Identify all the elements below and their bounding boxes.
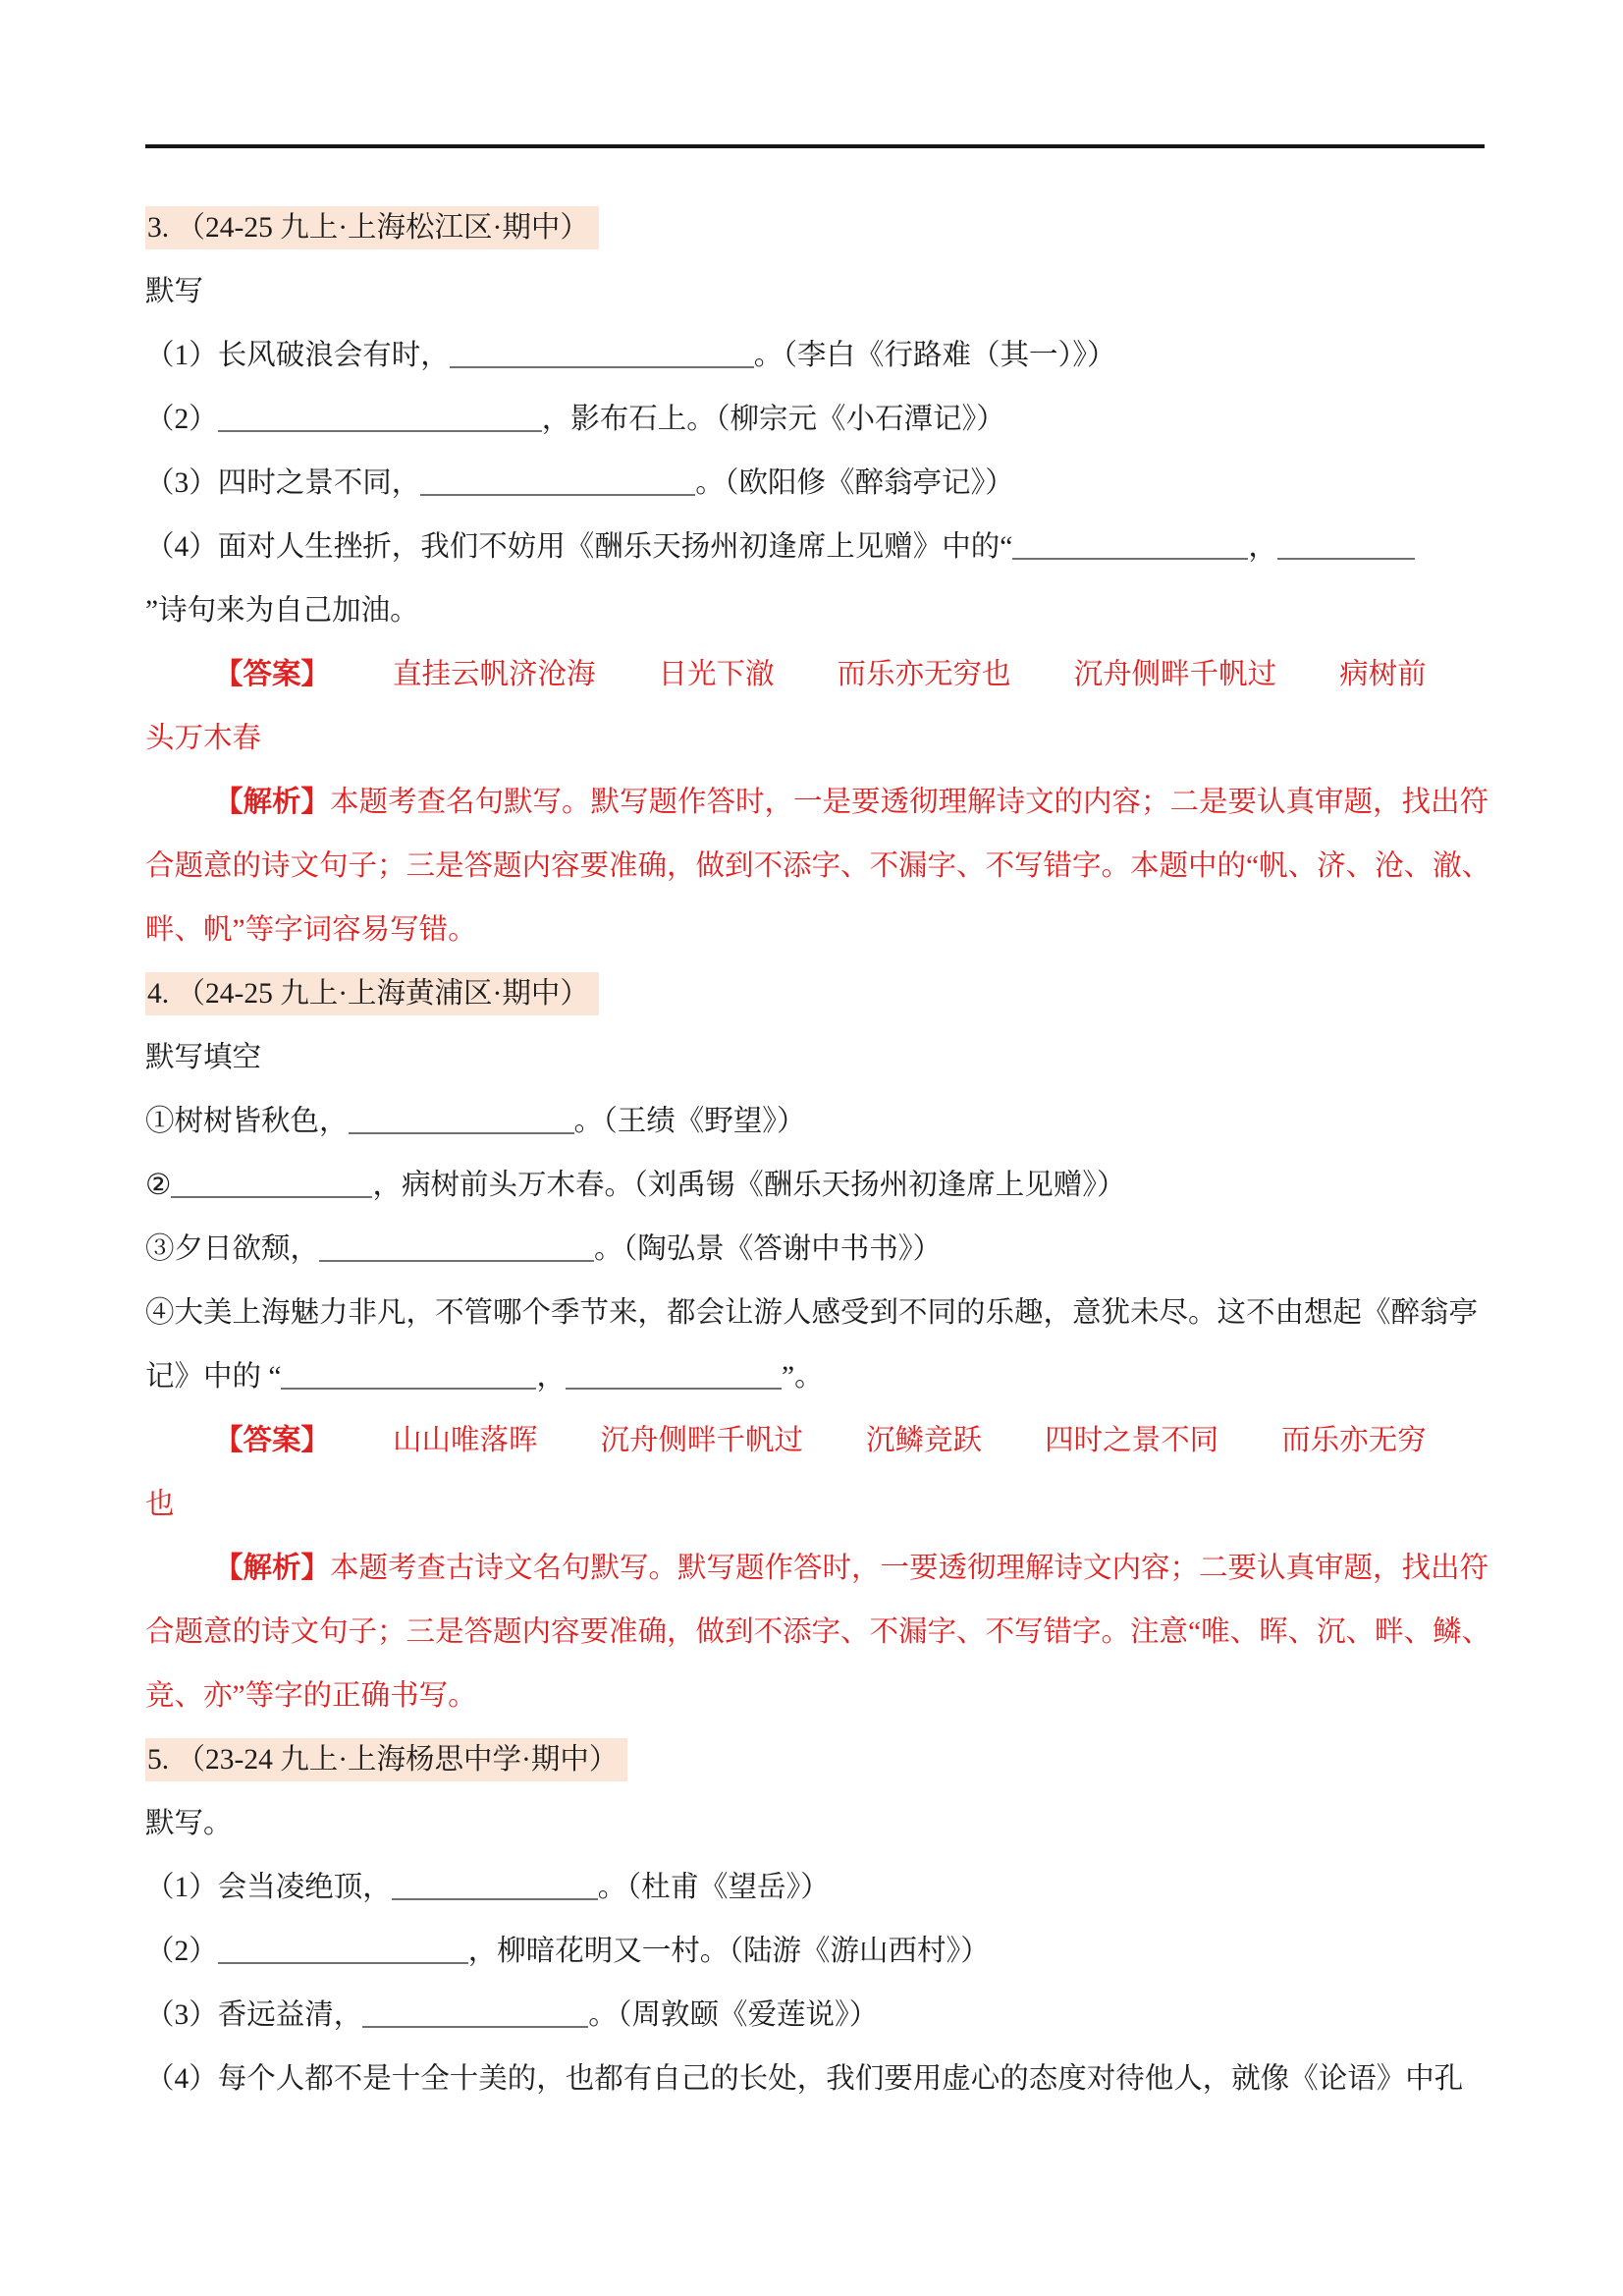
q5-title-line: 默写。 — [145, 1792, 1492, 1856]
q5-item-4-line1: （4）每个人都不是十全十美的，也都有自己的长处，我们要用虚心的态度对待他人，就像… — [145, 2048, 1492, 2111]
q4-analysis-line2: 合题意的诗文句子；三是答题内容要准确，做到不添字、不漏字、不写错字。注意“唯、晖… — [145, 1601, 1492, 1665]
q3-analysis-label: 【解析】 — [214, 787, 330, 818]
q4-item1-text: ①树树皆秋色， — [145, 1106, 349, 1137]
q4-item-2: ②，病树前头万木春。（刘禹锡《酬乐天扬州初逢席上见赠》） — [145, 1154, 1492, 1218]
q3-answer-item: 而乐亦无穷也 — [838, 659, 1011, 690]
q3-item2-text: ，影布石上。（柳宗元《小石潭记》） — [542, 404, 1005, 435]
q4-item-1: ①树树皆秋色，。（王绩《野望》） — [145, 1090, 1492, 1154]
q4-title: 默写填空 — [145, 1042, 261, 1073]
q5-item4-text: （4）每个人都不是十全十美的，也都有自己的长处，我们要用虚心的态度对待他人，就像… — [145, 2063, 1463, 2095]
q4-item3-source: 。（陶弘景《答谢中书书》） — [594, 1233, 942, 1265]
q3-item1-text: （1）长风破浪会有时， — [145, 340, 450, 371]
q4-item2-number: ② — [145, 1170, 171, 1201]
q3-item-4-line1: （4）面对人生挫折，我们不妨用《酬乐天扬州初逢席上见赠》中的“， — [145, 516, 1492, 579]
q4-analysis-text: 本题考查古诗文名句默写。默写题作答时，一要透彻理解诗文内容；二要认真审题，找出符 — [330, 1553, 1488, 1584]
q3-answer-item: 日光下澈 — [659, 659, 775, 690]
q4-analysis-text: 竞、亦”等字的正确书写。 — [145, 1680, 477, 1712]
fill-in-blank — [281, 1358, 536, 1390]
q3-answer-wrap: 头万木春 — [145, 723, 261, 754]
q5-item-2: （2），柳暗花明又一村。（陆游《游山西村》） — [145, 1920, 1492, 1984]
q4-analysis-line1: 【解析】本题考查古诗文名句默写。默写题作答时，一要透彻理解诗文内容；二要认真审题… — [145, 1537, 1492, 1601]
q3-analysis-line3: 畔、帆”等字词容易写错。 — [145, 899, 1492, 962]
q3-item4-wrap-text: ”诗句来为自己加油。 — [145, 595, 419, 627]
q5-title: 默写。 — [145, 1808, 233, 1839]
q4-analysis-line3: 竞、亦”等字的正确书写。 — [145, 1665, 1492, 1728]
q4-answer-item: 四时之景不同 — [1045, 1425, 1218, 1456]
q3-item4-text: （4）面对人生挫折，我们不妨用《酬乐天扬州初逢席上见赠》中的“ — [145, 531, 1012, 563]
q5-source-tag: 5. （23-24 九上·上海杨思中学·期中） — [145, 1738, 627, 1781]
q3-item4-comma: ， — [1248, 531, 1277, 563]
fill-in-blank — [1277, 528, 1415, 560]
q3-answer-item: 病树前 — [1339, 659, 1427, 690]
q4-analysis-label: 【解析】 — [214, 1553, 330, 1584]
q5-item-1: （1）会当凌绝顶，。（杜甫《望岳》） — [145, 1856, 1492, 1920]
fill-in-blank — [218, 401, 542, 432]
q4-item4-end: ”。 — [782, 1361, 824, 1393]
q3-item-3: （3）四时之景不同，。（欧阳修《醉翁亭记》） — [145, 452, 1492, 516]
exam-document-body: 3. （24-25 九上·上海松江区·期中） 默写 （1）长风破浪会有时，。（李… — [145, 196, 1492, 2111]
q3-item-1: （1）长风破浪会有时，。（李白《行路难（其一）》） — [145, 324, 1492, 388]
q4-answer-line2: 也 — [145, 1473, 1492, 1537]
q4-answer-label: 【答案】 — [214, 1425, 330, 1456]
q4-item3-text: ③夕日欲颓， — [145, 1233, 319, 1265]
q5-item2-number: （2） — [145, 1936, 218, 1967]
q3-analysis-text: 本题考查名句默写。默写题作答时，一是要透彻理解诗文的内容；二是要认真审题，找出符 — [330, 787, 1488, 818]
q3-item3-source: 。（欧阳修《醉翁亭记》） — [695, 467, 1014, 499]
q3-item-4-line2: ”诗句来为自己加油。 — [145, 579, 1492, 643]
q5-item1-text: （1）会当凌绝顶， — [145, 1872, 392, 1903]
q4-tag-line: 4. （24-25 九上·上海黄浦区·期中） — [145, 962, 1492, 1026]
q4-item-4-line1: ④大美上海魅力非凡，不管哪个季节来，都会让游人感受到不同的乐趣，意犹未尽。这不由… — [145, 1282, 1492, 1345]
q5-item-3: （3）香远益清，。（周敦颐《爱莲说》） — [145, 1984, 1492, 2048]
page-header-rule — [145, 144, 1485, 148]
q4-item4-text2: 记》中的 “ — [145, 1361, 281, 1393]
q3-item2-number: （2） — [145, 404, 218, 435]
fill-in-blank — [566, 1358, 782, 1390]
fill-in-blank — [171, 1167, 372, 1198]
q4-title-line: 默写填空 — [145, 1026, 1492, 1090]
q4-item1-source: 。（王绩《野望》） — [574, 1106, 806, 1137]
q4-item-4-line2: 记》中的 “，”。 — [145, 1345, 1492, 1409]
q4-item4-comma: ， — [536, 1361, 566, 1393]
q4-answer-item: 山山唯落晖 — [393, 1425, 538, 1456]
fill-in-blank — [218, 1933, 468, 1964]
fill-in-blank — [1012, 528, 1248, 560]
q4-answer-wrap: 也 — [145, 1489, 175, 1520]
q4-source-tag: 4. （24-25 九上·上海黄浦区·期中） — [145, 972, 599, 1015]
q3-source-tag: 3. （24-25 九上·上海松江区·期中） — [145, 206, 599, 249]
q4-item4-text: ④大美上海魅力非凡，不管哪个季节来，都会让游人感受到不同的乐趣，意犹未尽。这不由… — [145, 1297, 1478, 1329]
q5-item3-source: 。（周敦颐《爱莲说》） — [588, 1999, 878, 2031]
q5-item1-source: 。（杜甫《望岳》） — [598, 1872, 830, 1903]
q4-answer-item: 而乐亦无穷 — [1281, 1425, 1427, 1456]
q3-analysis-line2: 合题意的诗文句子；三是答题内容要准确，做到不添字、不漏字、不写错字。本题中的“帆… — [145, 835, 1492, 899]
fill-in-blank — [450, 337, 754, 368]
q5-tag-line: 5. （23-24 九上·上海杨思中学·期中） — [145, 1728, 1492, 1792]
q3-analysis-line1: 【解析】本题考查名句默写。默写题作答时，一是要透彻理解诗文的内容；二是要认真审题… — [145, 771, 1492, 835]
q4-item-3: ③夕日欲颓，。（陶弘景《答谢中书书》） — [145, 1218, 1492, 1282]
fill-in-blank — [362, 1996, 588, 2028]
q3-answer-line2: 头万木春 — [145, 707, 1492, 771]
q3-title-line: 默写 — [145, 260, 1492, 324]
fill-in-blank — [420, 465, 695, 496]
q3-item1-source: 。（李白《行路难（其一）》） — [754, 340, 1116, 371]
q5-item2-text: ，柳暗花明又一村。（陆游《游山西村》） — [468, 1936, 990, 1967]
q3-tag-line: 3. （24-25 九上·上海松江区·期中） — [145, 196, 1492, 260]
q4-answer-item: 沉舟侧畔千帆过 — [601, 1425, 804, 1456]
q3-item-2: （2），影布石上。（柳宗元《小石潭记》） — [145, 388, 1492, 452]
q3-answer-label: 【答案】 — [214, 659, 330, 690]
q4-answer-item: 沉鳞竞跃 — [866, 1425, 982, 1456]
q4-item2-text: ，病树前头万木春。（刘禹锡《酬乐天扬州初逢席上见赠》） — [372, 1170, 1125, 1201]
q3-answer-line1: 【答案】直挂云帆济沧海日光下澈而乐亦无穷也沉舟侧畔千帆过病树前 — [145, 643, 1492, 707]
q4-answer-line1: 【答案】山山唯落晖沉舟侧畔千帆过沉鳞竞跃四时之景不同而乐亦无穷 — [145, 1409, 1492, 1473]
q3-analysis-text: 合题意的诗文句子；三是答题内容要准确，做到不添字、不漏字、不写错字。本题中的“帆… — [145, 850, 1490, 882]
fill-in-blank — [349, 1103, 574, 1134]
q3-answer-item: 直挂云帆济沧海 — [393, 659, 596, 690]
q3-analysis-text: 畔、帆”等字词容易写错。 — [145, 914, 477, 946]
q5-item3-text: （3）香远益清， — [145, 1999, 362, 2031]
q3-item3-text: （3）四时之景不同， — [145, 467, 420, 499]
q3-answer-item: 沉舟侧畔千帆过 — [1074, 659, 1277, 690]
q3-title: 默写 — [145, 276, 203, 307]
fill-in-blank — [319, 1230, 594, 1262]
q4-analysis-text: 合题意的诗文句子；三是答题内容要准确，做到不添字、不漏字、不写错字。注意“唯、晖… — [145, 1616, 1490, 1648]
fill-in-blank — [392, 1869, 598, 1900]
